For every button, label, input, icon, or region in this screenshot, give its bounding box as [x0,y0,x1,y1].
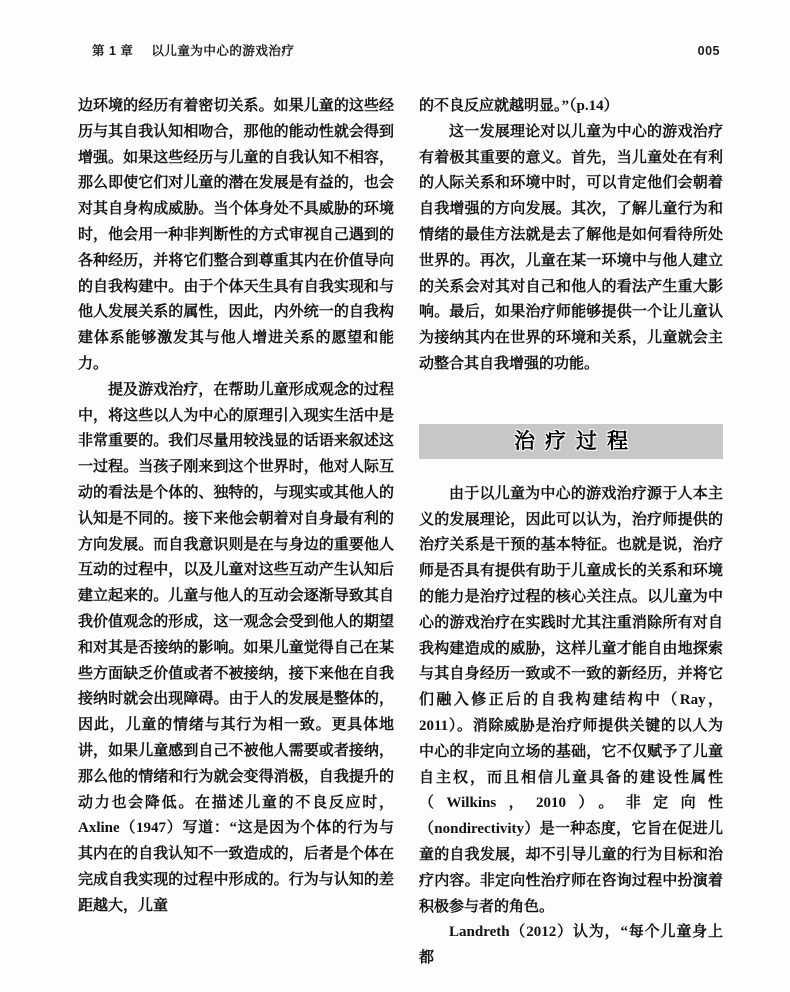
section-heading: 治疗过程 [419,424,723,459]
body-paragraph: Landreth（2012）认为，“每个儿童身上都 [419,920,723,972]
body-paragraph: 边环境的经历有着密切关系。如果儿童的这些经历与其自我认知相吻合，那他的能动性就会… [78,94,394,378]
page-number: 005 [698,44,720,58]
right-column: 的不良反应就越明显。”（p.14） 这一发展理论对以儿童为中心的游戏治疗有着极其… [419,94,723,972]
body-paragraph: 提及游戏治疗，在帮助儿童形成观念的过程中，将这些以人为中心的原理引入现实生活中是… [78,378,394,920]
body-paragraph: 的不良反应就越明显。”（p.14） [419,94,723,120]
running-head: 第 1 章 以儿童为中心的游戏治疗 005 [92,41,720,59]
left-column: 边环境的经历有着密切关系。如果儿童的这些经历与其自我认知相吻合，那他的能动性就会… [78,94,394,920]
body-paragraph: 由于以儿童为中心的游戏治疗源于人本主义的发展理论，因此可以认为，治疗师提供的治疗… [419,482,723,921]
chapter-title: 以儿童为中心的游戏治疗 [151,44,294,58]
chapter-number: 第 1 章 [92,44,133,58]
chapter-heading: 第 1 章 以儿童为中心的游戏治疗 [92,41,294,59]
book-page: 第 1 章 以儿童为中心的游戏治疗 005 边环境的经历有着密切关系。如果儿童的… [0,0,790,992]
body-paragraph: 这一发展理论对以儿童为中心的游戏治疗有着极其重要的意义。首先，当儿童处在有利的人… [419,120,723,378]
